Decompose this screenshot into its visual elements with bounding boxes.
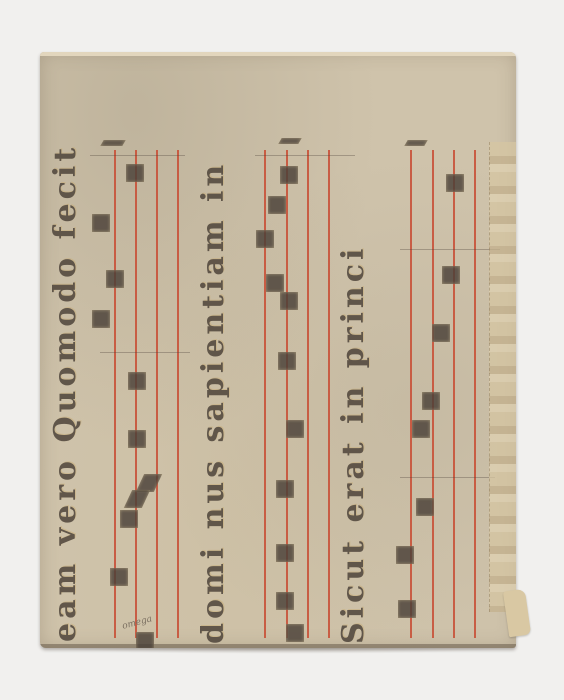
staff-line (474, 150, 476, 638)
neume-note (136, 632, 154, 648)
ruling-line (400, 477, 495, 478)
staff-line (307, 150, 309, 638)
neume-note (432, 324, 450, 342)
staff-line (328, 150, 330, 638)
neume-note (280, 292, 298, 310)
custos-mark (404, 140, 427, 146)
staff-line (410, 150, 412, 638)
manuscript-text-column: Sicut erat in princi (336, 164, 371, 644)
staff-line (156, 150, 158, 638)
neume-note (92, 214, 110, 232)
neume-note (128, 372, 146, 390)
custos-mark (100, 140, 125, 146)
neume-note (120, 510, 138, 528)
manuscript-text: Sicut erat in princi (336, 245, 371, 644)
neume-note (286, 420, 304, 438)
book-bottom-edge (40, 644, 516, 648)
manuscript-text: eam vero Quomodo fecit (48, 144, 83, 642)
ruling-line (255, 155, 355, 156)
neume-note (280, 166, 298, 184)
neume-note (128, 430, 146, 448)
manuscript-text-column: eam vero Quomodo fecit (48, 162, 83, 642)
neume-note (276, 544, 294, 562)
staff-line (177, 150, 179, 638)
neume-note (278, 352, 296, 370)
staff-line (264, 150, 266, 638)
neume-note (110, 568, 128, 586)
neume-note (276, 480, 294, 498)
manuscript-text: domi nus sapientiam in (196, 161, 231, 644)
pencil-annotation: omega (121, 614, 153, 632)
staff-line (114, 150, 116, 638)
neume-note (276, 592, 294, 610)
neume-note (256, 230, 274, 248)
neume-note (442, 266, 460, 284)
staff-line (453, 150, 455, 638)
custos-mark (278, 138, 301, 144)
neume-note (422, 392, 440, 410)
neume-note (266, 274, 284, 292)
neume-note (412, 420, 430, 438)
staff-line (135, 150, 137, 638)
neume-note (126, 164, 144, 182)
neume-note (446, 174, 464, 192)
neume-note (106, 270, 124, 288)
neume-note (268, 196, 286, 214)
neume-note (416, 498, 434, 516)
ruling-line (100, 352, 190, 353)
frayed-fore-edge (489, 142, 516, 612)
neume-ligature (124, 490, 150, 508)
book-top-edge (40, 52, 516, 56)
neume-note (286, 624, 304, 642)
ruling-line (400, 249, 500, 250)
neume-note (396, 546, 414, 564)
ruling-line (90, 155, 185, 156)
staff-line (286, 150, 288, 638)
neume-note (398, 600, 416, 618)
book-cover: eam vero Quomodo fecit domi nus sapienti… (40, 52, 516, 648)
manuscript-text-column: domi nus sapientiam in (196, 144, 231, 644)
neume-note (92, 310, 110, 328)
